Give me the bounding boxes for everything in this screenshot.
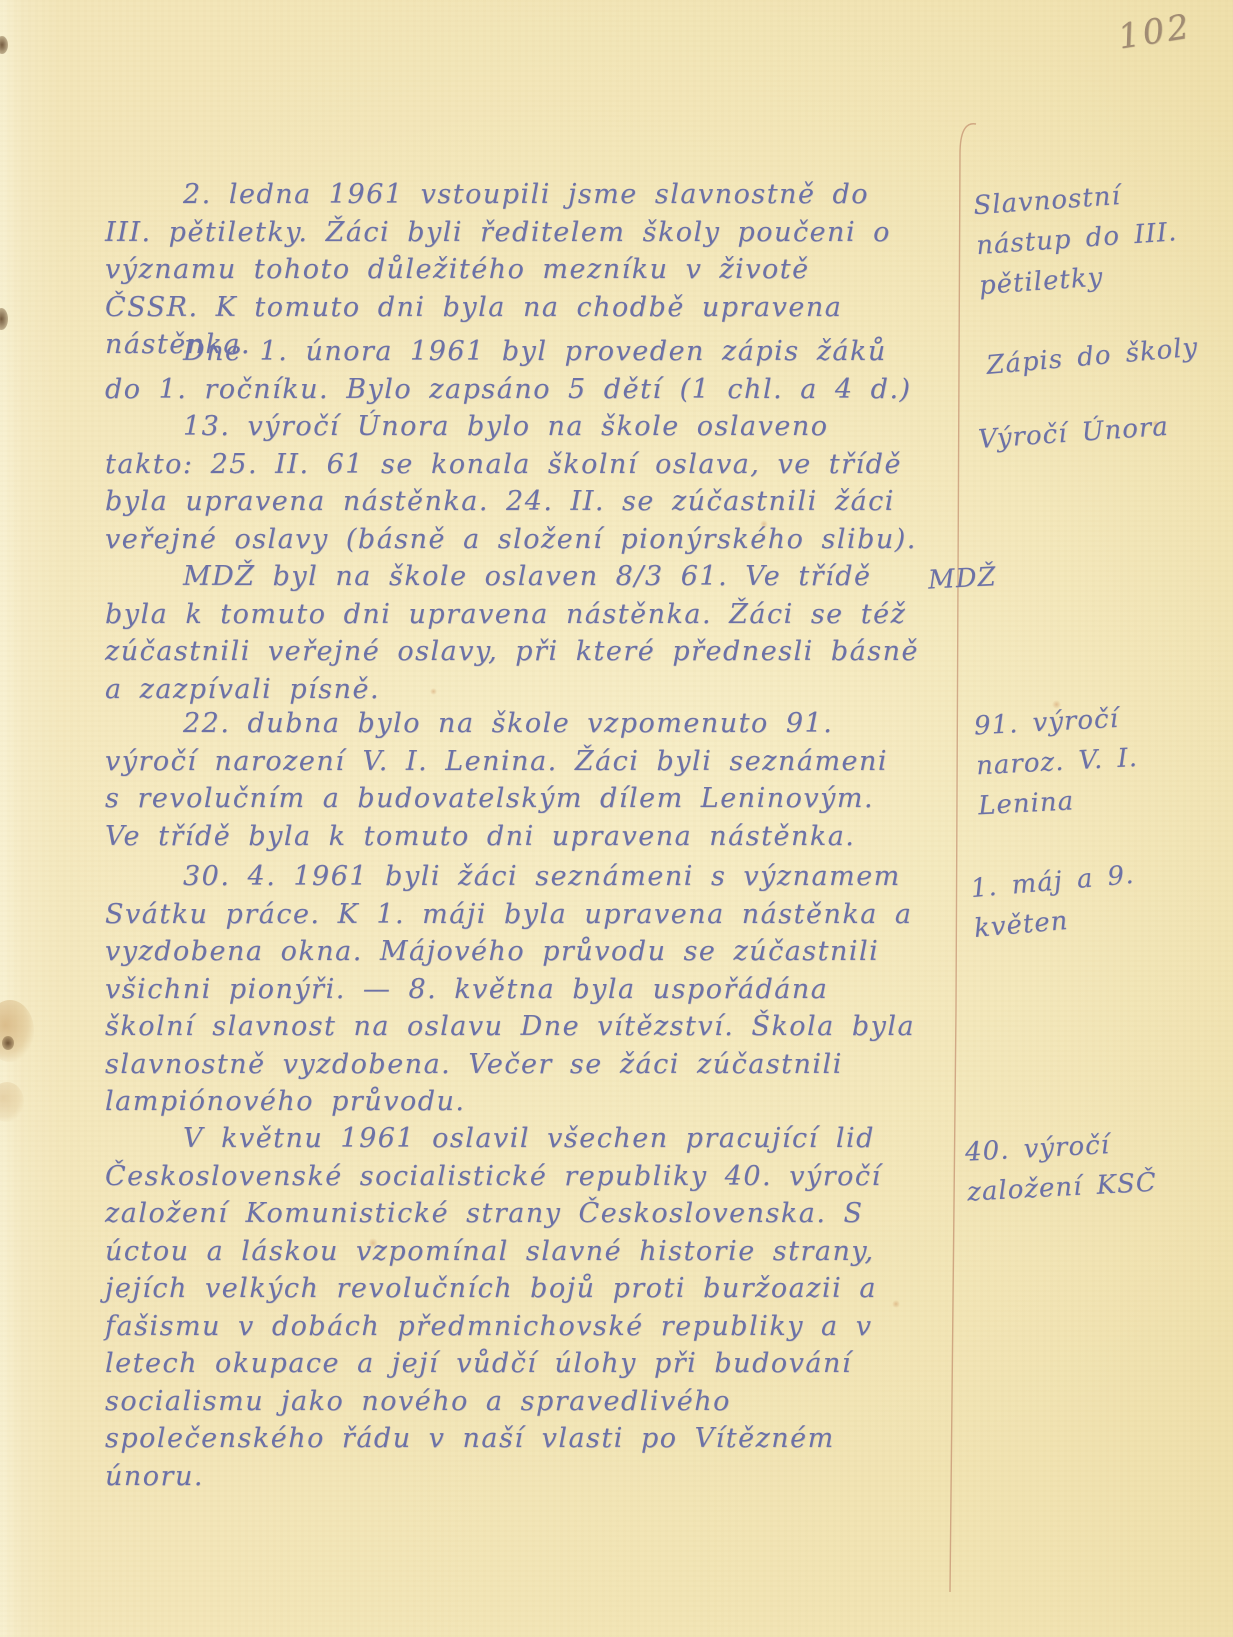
chronicle-page: 102 2. ledna 1961 vstoupili jsme slavnos… <box>0 0 1233 1637</box>
entry-paragraph-4: MDŽ byl na škole oslaven 8/3 61. Ve tříd… <box>105 558 919 708</box>
entry-paragraph-7: V květnu 1961 oslavil všechen pracující … <box>105 1120 919 1495</box>
entry-paragraph-5: 22. dubna bylo na škole vzpomenuto 91. v… <box>105 705 919 855</box>
entry-paragraph-6: 30. 4. 1961 byli žáci seznámeni s význam… <box>105 858 919 1121</box>
paper-stain <box>0 36 8 54</box>
margin-note-2: Zápis do školy <box>985 326 1218 386</box>
paper-stain <box>0 308 8 330</box>
margin-note-7: 40. výročí založení KSČ <box>964 1119 1223 1212</box>
margin-note-6: 1. máj a 9. květen <box>969 847 1230 949</box>
paper-stain <box>0 1000 34 1062</box>
margin-note-1: Slavnostní nástup do III. pětiletky <box>972 170 1215 306</box>
page-number: 102 <box>1115 6 1194 57</box>
margin-note-3: Výročí Února <box>977 404 1209 460</box>
entry-paragraph-2: Dne 1. února 1961 byl proveden zápis žák… <box>105 333 919 408</box>
margin-note-4: MDŽ <box>927 553 1069 600</box>
paper-stain <box>0 1082 24 1122</box>
entry-paragraph-3: 13. výročí Února bylo na škole oslaveno … <box>105 408 919 558</box>
paper-stain <box>2 1036 14 1050</box>
margin-note-5: 91. výročí naroz. V. I. Lenina <box>973 694 1224 827</box>
